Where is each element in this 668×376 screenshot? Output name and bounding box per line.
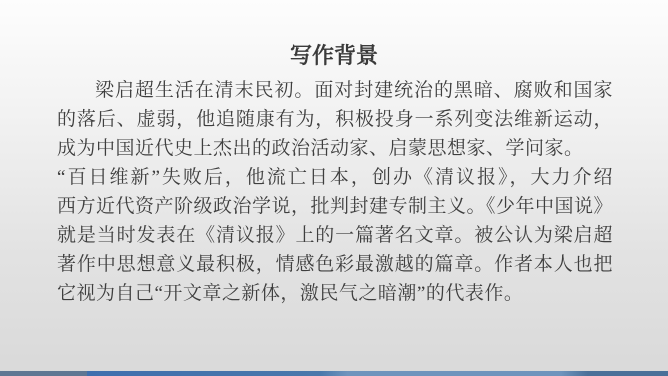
- text-line: 成为中国近代史上杰出的政治活动家、启蒙思想家、学问家。: [57, 134, 613, 163]
- text-line: 著作中思想意义最积极，情感色彩最激越的篇章。作者本人也把: [57, 250, 613, 279]
- text-line: 梁启超生活在清末民初。面对封建统治的黑暗、腐败和国家: [57, 76, 613, 105]
- bottom-accent-bar: [0, 371, 668, 376]
- text-line: “百日维新”失败后，他流亡日本，创办《清议报》，大力介绍: [57, 163, 613, 192]
- text-line: 西方近代资产阶级政治学说，批判封建专制主义。《少年中国说》: [57, 192, 613, 221]
- text-line: 就是当时发表在《清议报》上的一篇著名文章。被公认为梁启超: [57, 221, 613, 250]
- text-line: 的落后、虚弱，他追随康有为，积极投身一系列变法维新运动，: [57, 105, 613, 134]
- body-text-block: 梁启超生活在清末民初。面对封建统治的黑暗、腐败和国家 的落后、虚弱，他追随康有为…: [57, 76, 613, 308]
- text-line: 它视为自己“开文章之新体，激民气之暗潮”的代表作。: [57, 279, 613, 308]
- slide-title: 写作背景: [0, 44, 668, 68]
- presentation-slide: 写作背景 梁启超生活在清末民初。面对封建统治的黑暗、腐败和国家 的落后、虚弱，他…: [0, 0, 668, 376]
